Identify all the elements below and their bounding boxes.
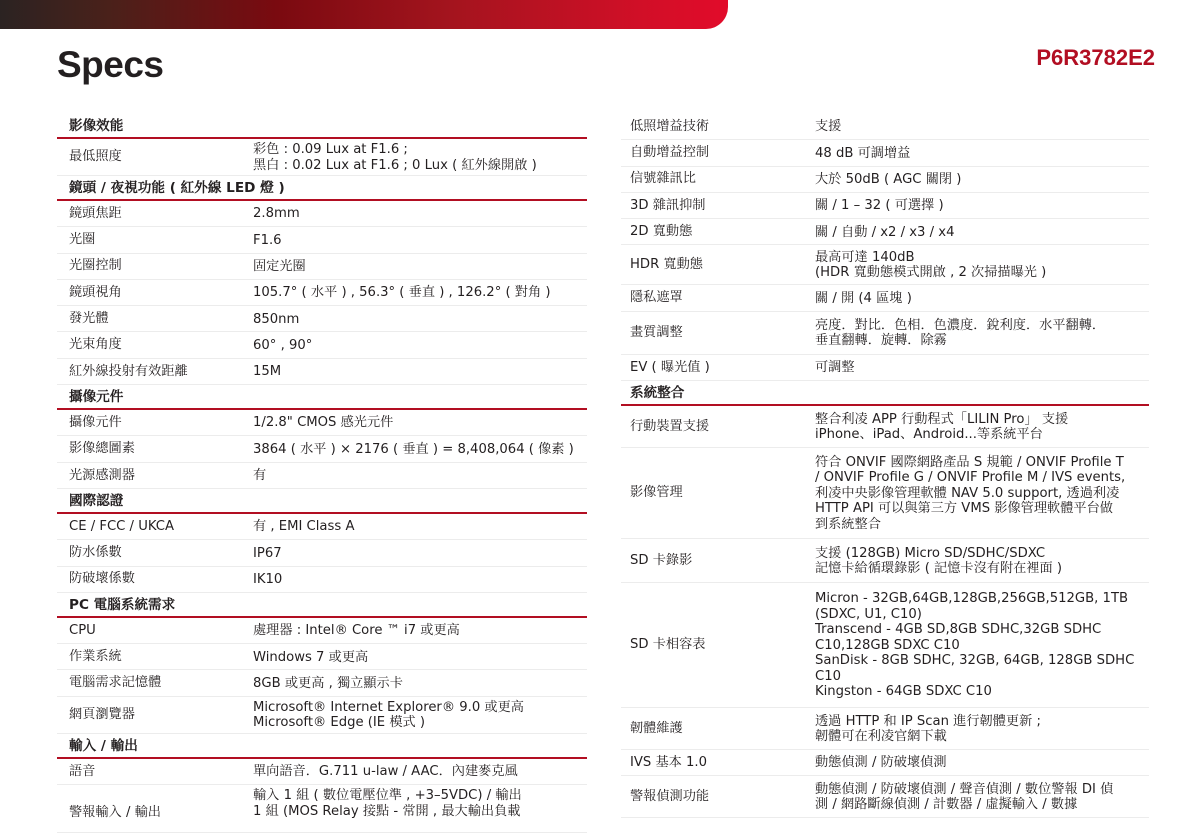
spec-row: 韌體維護透過 HTTP 和 IP Scan 進行韌體更新 ; 韌體可在利凌官網下… [621,708,1149,750]
header-banner [0,0,728,29]
spec-row: 最低照度 彩色 : 0.09 Lux at F1.6 ; 黑白 : 0.02 L… [57,139,587,176]
spec-value: 動態偵測 / 防破壞偵測 [815,752,1149,773]
spec-value: 3864 ( 水平 ) × 2176 ( 垂直 ) = 8,408,064 ( … [253,439,587,460]
spec-value: F1.6 [253,230,587,251]
spec-row: CE / FCC / UKCA有 , EMI Class A [57,514,587,540]
spec-row: 紅外線投射有效距離15M [57,359,587,385]
spec-value: 有 [253,465,587,486]
spec-value: Microsoft® Internet Explorer® 9.0 或更高 Mi… [253,697,587,733]
spec-value: 整合利凌 APP 行動程式「LILIN Pro」 支援 iPhone、iPad、… [815,409,1149,445]
spec-value: 關 / 自動 / x2 / x3 / x4 [815,222,1149,243]
spec-label: HDR 寬動態 [621,257,815,273]
spec-label: 光束角度 [57,337,253,353]
spec-value: 8GB 或更高 , 獨立顯示卡 [253,673,587,694]
spec-value: 支援 (128GB) Micro SD/SDHC/SDXC 記憶卡給循環錄影 (… [815,543,1149,579]
spec-label: 語音 [57,764,253,780]
spec-label: 發光體 [57,311,253,327]
section-heading: 鏡頭 / 夜視功能 ( 紅外線 LED 燈 ) [57,176,587,201]
spec-row: 信號雜訊比大於 50dB ( AGC 關閉 ) [621,167,1149,193]
spec-value: 60° , 90° [253,335,587,356]
spec-row: 作業系統Windows 7 或更高 [57,644,587,670]
spec-row: SD 卡相容表Micron - 32GB,64GB,128GB,256GB,51… [621,583,1149,708]
spec-row: 光圈控制固定光圈 [57,254,587,280]
spec-value: 亮度．對比．色相．色濃度．銳利度．水平翻轉． 垂直翻轉．旋轉．除霧 [815,315,1149,351]
spec-value: Micron - 32GB,64GB,128GB,256GB,512GB, 1T… [815,588,1149,702]
spec-table-right: 低照增益技術支援 自動增益控制48 dB 可調增益 信號雜訊比大於 50dB (… [621,114,1149,818]
section-heading: 攝像元件 [57,385,587,410]
spec-label: 2D 寬動態 [621,224,815,240]
spec-label: SD 卡相容表 [621,637,815,653]
spec-row: 鏡頭焦距2.8mm [57,201,587,227]
spec-row: 防水係數IP67 [57,540,587,566]
spec-label: 鏡頭視角 [57,285,253,301]
spec-label: 低照增益技術 [621,119,815,135]
spec-value: 彩色 : 0.09 Lux at F1.6 ; 黑白 : 0.02 Lux at… [253,139,587,175]
spec-value: 大於 50dB ( AGC 關閉 ) [815,169,1149,190]
spec-value: IP67 [253,543,587,564]
page-title: Specs [57,44,164,86]
spec-row: 影像總圖素3864 ( 水平 ) × 2176 ( 垂直 ) = 8,408,0… [57,436,587,462]
section-heading: 輸入 / 輸出 [57,734,587,759]
spec-label: 警報偵測功能 [621,789,815,805]
section-heading: 系統整合 [621,381,1149,406]
spec-label: 鏡頭焦距 [57,206,253,222]
spec-value: 48 dB 可調增益 [815,143,1149,164]
spec-label: 3D 雜訊抑制 [621,198,815,214]
spec-row: 警報輸入 / 輸出輸入 1 組 ( 數位電壓位準 , +3–5VDC) / 輸出… [57,785,587,833]
spec-value: 15M [253,361,587,382]
spec-value: 透過 HTTP 和 IP Scan 進行韌體更新 ; 韌體可在利凌官網下載 [815,711,1149,747]
spec-label: 攝像元件 [57,415,253,431]
section-heading: 影像效能 [57,114,587,139]
spec-label: 影像管理 [621,485,815,501]
spec-row: 鏡頭視角105.7° ( 水平 ) , 56.3° ( 垂直 ) , 126.2… [57,280,587,306]
spec-row: 影像管理符合 ONVIF 國際網路產品 S 規範 / ONVIF Profile… [621,448,1149,539]
spec-label: 光源感測器 [57,468,253,484]
spec-label: 影像總圖素 [57,441,253,457]
spec-row: 2D 寬動態關 / 自動 / x2 / x3 / x4 [621,219,1149,245]
spec-row: 行動裝置支援整合利凌 APP 行動程式「LILIN Pro」 支援 iPhone… [621,406,1149,448]
spec-row: 警報偵測功能動態偵測 / 防破壞偵測 / 聲音偵測 / 數位警報 DI 偵 測 … [621,776,1149,818]
spec-label: IVS 基本 1.0 [621,755,815,771]
spec-label: 防水係數 [57,545,253,561]
spec-row: 低照增益技術支援 [621,114,1149,140]
spec-row: 光束角度60° , 90° [57,332,587,358]
spec-row: 光源感測器有 [57,463,587,489]
spec-value: 105.7° ( 水平 ) , 56.3° ( 垂直 ) , 126.2° ( … [253,282,587,303]
spec-value: 動態偵測 / 防破壞偵測 / 聲音偵測 / 數位警報 DI 偵 測 / 網路斷線… [815,779,1149,815]
spec-row: 畫質調整亮度．對比．色相．色濃度．銳利度．水平翻轉． 垂直翻轉．旋轉．除霧 [621,312,1149,355]
spec-row: IVS 基本 1.0動態偵測 / 防破壞偵測 [621,750,1149,776]
spec-value: 符合 ONVIF 國際網路產品 S 規範 / ONVIF Profile T /… [815,452,1149,535]
spec-value: 關 / 1 – 32 ( 可選擇 ) [815,195,1149,216]
spec-label: SD 卡錄影 [621,553,815,569]
spec-value: 可調整 [815,357,1149,378]
spec-row: 防破壞係數IK10 [57,567,587,593]
spec-value: 固定光圈 [253,256,587,277]
model-code: P6R3782E2 [1036,45,1155,71]
spec-row: CPU處理器 : Intel® Core ™ i7 或更高 [57,618,587,644]
spec-row: 3D 雜訊抑制關 / 1 – 32 ( 可選擇 ) [621,193,1149,219]
spec-row: 電腦需求記憶體8GB 或更高 , 獨立顯示卡 [57,670,587,696]
spec-value: 有 , EMI Class A [253,516,587,537]
spec-label: 光圈控制 [57,258,253,274]
spec-label: 畫質調整 [621,325,815,341]
spec-value: Windows 7 或更高 [253,647,587,668]
spec-value: 最高可達 140dB (HDR 寬動態模式開啟 , 2 次掃描曝光 ) [815,247,1149,283]
spec-label: 行動裝置支援 [621,419,815,435]
spec-value: 單向語音．G.711 u-law / AAC．內建麥克風 [253,761,587,782]
spec-value: 1/2.8" CMOS 感光元件 [253,412,587,433]
section-heading: 國際認證 [57,489,587,514]
spec-row: 網頁瀏覽器Microsoft® Internet Explorer® 9.0 或… [57,697,587,734]
spec-row: 攝像元件1/2.8" CMOS 感光元件 [57,410,587,436]
spec-label: 光圈 [57,232,253,248]
spec-value: 輸入 1 組 ( 數位電壓位準 , +3–5VDC) / 輸出 1 組 (MOS… [253,785,587,821]
spec-label: 韌體維護 [621,721,815,737]
spec-value: 支援 [815,116,1149,137]
section-heading: PC 電腦系統需求 [57,593,587,618]
spec-label: 電腦需求記憶體 [57,675,253,691]
spec-value: 2.8mm [253,203,587,224]
spec-value: 處理器 : Intel® Core ™ i7 或更高 [253,620,587,641]
spec-label: 信號雜訊比 [621,171,815,187]
spec-label: EV ( 曝光值 ) [621,360,815,376]
spec-label: 防破壞係數 [57,571,253,587]
spec-label: 網頁瀏覽器 [57,707,253,723]
spec-label: 紅外線投射有效距離 [57,364,253,380]
spec-label: 警報輸入 / 輸出 [57,785,253,821]
spec-row: 自動增益控制48 dB 可調增益 [621,140,1149,166]
spec-row: EV ( 曝光值 )可調整 [621,355,1149,381]
spec-label: 最低照度 [57,149,253,165]
spec-label: 隱私遮罩 [621,290,815,306]
spec-table-left: 影像效能 最低照度 彩色 : 0.09 Lux at F1.6 ; 黑白 : 0… [57,114,587,833]
spec-row: 發光體850nm [57,306,587,332]
spec-row: 隱私遮罩關 / 開 (4 區塊 ) [621,285,1149,311]
spec-row: 光圈F1.6 [57,227,587,253]
spec-row: SD 卡錄影支援 (128GB) Micro SD/SDHC/SDXC 記憶卡給… [621,539,1149,583]
spec-value: 關 / 開 (4 區塊 ) [815,288,1149,309]
spec-label: CE / FCC / UKCA [57,519,253,535]
spec-row: HDR 寬動態最高可達 140dB (HDR 寬動態模式開啟 , 2 次掃描曝光… [621,245,1149,285]
spec-value: IK10 [253,569,587,590]
spec-label: 作業系統 [57,649,253,665]
spec-label: 自動增益控制 [621,145,815,161]
spec-row: 語音單向語音．G.711 u-law / AAC．內建麥克風 [57,759,587,785]
spec-label: CPU [57,623,253,639]
spec-value: 850nm [253,309,587,330]
